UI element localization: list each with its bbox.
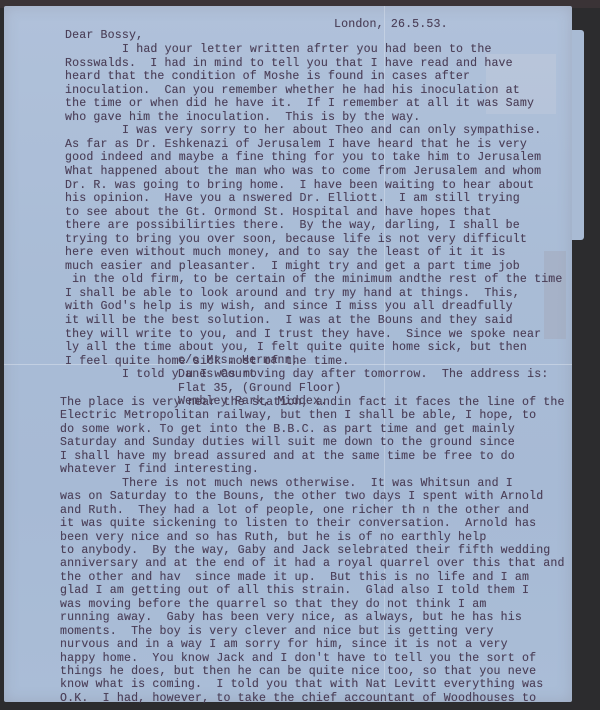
letter-line: happy home. You know Jack and I don't ha… [60,652,536,666]
letter-line: trying to bring you over soon, because l… [65,233,527,247]
dateline: London, 26.5.53. [334,18,448,32]
letter-line: been very nice and so has Ruth, but he i… [60,531,486,545]
address-line: c/o Mrs. Hermann, [178,354,299,368]
letter-line: I was very sorry to her about Theo and c… [122,124,541,138]
letter-line: much easier and pleasanter. I might try … [65,260,520,274]
letter-line: it was quite sickening to listen to thei… [60,517,536,531]
letter-line: anniversary and at the end of it had a r… [60,557,565,571]
letter-line: There is not much news otherwise. It was… [122,477,513,491]
letter-line: O.K. I had, however, to take the chief a… [60,692,536,706]
letter-line: Saturday and Sunday duties will suit me … [60,436,515,450]
letter-line: nurvous and in a way I am sorry for him,… [60,638,508,652]
letter-line: his opinion. Have you a nswered Dr. Elli… [65,192,520,206]
letter-line: who gave him the inoculation. This is by… [65,111,420,125]
letter-line: inoculation. Can you remember whether he… [65,84,520,98]
address-line: Danes Court [178,368,256,382]
letter-line: whatever I find interesting. [60,463,259,477]
letter-line: As far as Dr. Eshkenazi of Jerusalem I h… [65,138,527,152]
letter-line: moments. The boy is very clever and nice… [60,625,494,639]
letter-line: the other and hav since made it up. But … [60,571,529,585]
salutation: Dear Bossy, [65,29,143,43]
letter-line: Electric Metropolitan railway, but then … [60,409,536,423]
paper-torn-edge [572,30,584,240]
letter-line: good indeed and maybe a fine thing for y… [65,151,541,165]
letter-line: I shall be able to look around and try m… [65,287,520,301]
letter-line: The place is very near the station, andi… [60,396,565,410]
letter-line: things he does, but then he can be quite… [60,665,536,679]
letter-line: here even without much money, and to say… [65,246,506,260]
stamp-mark [544,251,566,339]
letter-line: in the old firm, to be certain of the mi… [65,273,563,287]
letter-line: glad I am getting out of all this strain… [60,584,529,598]
letter-line: know what is coming. I told you that wit… [60,678,543,692]
letter-line: they will write to you, and I trust they… [65,328,541,342]
letter-line: with God's help is my wish, and since I … [65,300,513,314]
letter-line: to anybody. By the way, Gaby and Jack se… [60,544,550,558]
letter-line: heard that the condition of Moshe is fou… [65,70,470,84]
letter-line: the time or when did he have it. If I re… [65,97,534,111]
letter-line: do some work. To get into the B.B.C. as … [60,423,515,437]
letter-line: Rosswalds. I had in mind to tell you tha… [65,57,513,71]
letter-line: was moving before the quarrel so that th… [60,598,486,612]
address-line: Flat 35, (Ground Floor) [178,382,341,396]
letter-line: I had your letter written afrter you had… [122,43,492,57]
letter-line: What happened about the man who was to c… [65,165,541,179]
letter-line: Dr. R. was going to bring home. I have b… [65,179,534,193]
typewritten-letter: London, 26.5.53. Dear Bossy, I had your … [0,0,14,122]
letter-line: there are possibilirties there. By the w… [65,219,520,233]
letter-line: running away. Gaby has been very nice, a… [60,611,522,625]
letter-line: I shall have my bread assured and at the… [60,450,515,464]
letter-line: ly all the time about you, I felt quite … [65,341,527,355]
letter-line: it will be the best solution. I was at t… [65,314,513,328]
letter-line: and Ruth. They had a lot of people, one … [60,504,529,518]
letter-line: to see about the Gt. Ormond St. Hospital… [65,206,491,220]
letter-line: was on Saturday to the Bouns, the other … [60,490,543,504]
